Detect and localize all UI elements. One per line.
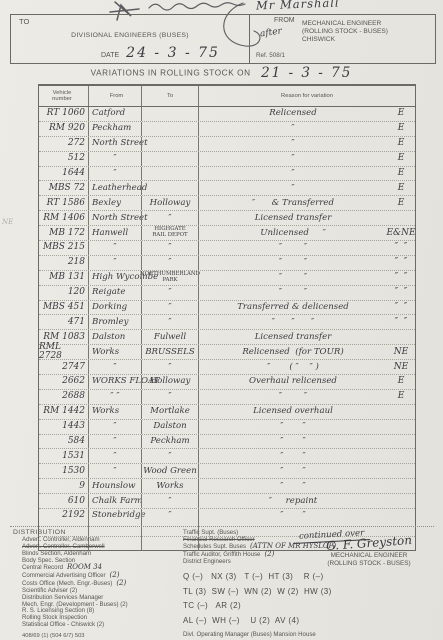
garage-code-line: Q (–) NX (3) T (–) HT (3) R (–) — [183, 570, 332, 585]
vehicle-cell: RT 1060 — [39, 107, 88, 121]
reason-value: Unlicensed ″ — [260, 229, 326, 238]
vehicle-cell: 1443 — [39, 420, 88, 434]
from-cell: ″ — [88, 449, 141, 463]
reason-value: Overhaul relicensed — [249, 377, 337, 386]
vehicle-cell: MBS 215 — [39, 241, 88, 255]
marks-cell — [387, 464, 415, 478]
table-row: RT 1060CatfordRelicensedE — [39, 107, 415, 122]
reason-value: ″ ″ — [279, 258, 307, 267]
reason-value: ″ ″ — [279, 288, 307, 297]
reason-cell: Relicensed — [198, 107, 387, 121]
to-cell — [141, 152, 198, 166]
to-value: ″ — [168, 511, 171, 520]
vehicle-cell: 1531 — [39, 449, 88, 463]
marks-value: ″ ″ — [395, 303, 407, 312]
to-value: ″ — [168, 392, 171, 401]
marks-value: E — [398, 184, 405, 193]
signatory-title-1: MECHANICAL ENGINEER — [302, 552, 436, 560]
reason-value: ″ ″ — [280, 467, 306, 476]
vehicle-cell: 610 — [39, 494, 88, 508]
reason-cell: Relicensed (for TOUR) — [198, 345, 387, 359]
vehicle-value: 1530 — [62, 467, 85, 476]
to-label: TO — [19, 17, 29, 26]
reason-value: ″ ″ — [279, 243, 307, 252]
from-cell: ″ — [88, 464, 141, 478]
from-cell: Bexley — [88, 196, 141, 210]
marks-cell — [387, 435, 415, 449]
from-cell: ″ — [88, 435, 141, 449]
vehicle-cell: 471 — [39, 315, 88, 329]
to-value: ″ — [168, 258, 171, 267]
header-to: To — [141, 86, 198, 106]
vehicle-value: RM 1442 — [43, 407, 85, 416]
reason-cell: ″ ″ — [198, 509, 387, 523]
marks-cell: E — [387, 107, 415, 121]
reason-cell: ″ ″ — [198, 449, 387, 463]
marks-value: E — [398, 169, 405, 178]
reason-cell: ″ & Transferred — [198, 196, 387, 210]
marks-cell: ″ ″ — [387, 301, 415, 315]
reason-cell: ″ — [198, 122, 387, 136]
to-value: DIVISIONAL ENGINEERS (BUSES) — [11, 32, 249, 39]
from-value: Reigate — [92, 288, 125, 297]
table-row: 1443″Dalston″ ″ — [39, 420, 415, 435]
to-cell: ″ — [141, 315, 198, 329]
vehicle-value: 2747 — [62, 363, 85, 372]
to-value: ″ — [168, 288, 171, 297]
vehicle-value: MBS 215 — [43, 243, 85, 252]
reason-cell: ″ — [198, 181, 387, 195]
list-item-text: Traffic Supt. (Buses) — [183, 529, 238, 536]
to-cell: Dalston — [141, 420, 198, 434]
reason-cell: ″ ″ — [198, 435, 387, 449]
from-cell: ″ ″ — [88, 390, 141, 404]
reason-value: ″ ″ — [280, 452, 306, 461]
from-value: ″ — [113, 154, 116, 163]
marks-cell: E — [387, 167, 415, 181]
from-cell: ″ — [88, 241, 141, 255]
table-row: 471Bromley″″ ″ ″″ ″ — [39, 315, 415, 330]
after-annotation: after — [259, 27, 282, 40]
from-value: ″ — [113, 169, 116, 178]
to-cell: ″ — [141, 286, 198, 300]
reason-cell: ″ ″ ″ — [198, 315, 387, 329]
table-row: 9HounslowWorks″ ″ — [39, 479, 415, 494]
table-row: RM 1442WorksMortlakeLicensed overhaul — [39, 405, 415, 420]
garage-code-line: AL (–) WH (–) U (2) AV (4) — [183, 614, 332, 629]
table-row: RM 920Peckham″E — [39, 122, 415, 137]
reason-value: ″ ″ — [280, 422, 306, 431]
reason-value: ″ — [291, 169, 294, 178]
to-cell: NORTHUMBERLAND PARK — [141, 271, 198, 285]
table-row: 1644″″E — [39, 167, 415, 182]
vehicle-cell: 584 — [39, 435, 88, 449]
table-row: MBS 72Leatherhead″E — [39, 181, 415, 196]
vehicle-cell: 9 — [39, 479, 88, 493]
to-cell: Peckham — [141, 435, 198, 449]
reason-cell: ″ ″ — [198, 241, 387, 255]
marks-cell: E — [387, 137, 415, 151]
vehicle-value: MBS 72 — [49, 184, 85, 193]
marks-cell: E — [387, 122, 415, 136]
signature-block: G. F. Greyston MECHANICAL ENGINEER (ROLL… — [302, 534, 436, 567]
header-box: TO DIVISIONAL ENGINEERS (BUSES) DATE 24 … — [10, 14, 436, 64]
marks-cell: E — [387, 390, 415, 404]
marks-value: ″ ″ — [395, 288, 407, 297]
from-value: Hanwell — [92, 229, 128, 238]
marks-cell: ″ ″ — [387, 256, 415, 270]
vehicle-cell: 2688 — [39, 390, 88, 404]
from-cell: Peckham — [88, 122, 141, 136]
reason-value: ″ & Transferred — [252, 199, 334, 208]
from-value: ″ — [113, 363, 116, 372]
to-cell: ″ — [141, 256, 198, 270]
reason-cell: Transferred & delicensed — [198, 301, 387, 315]
to-cell: Wood Green — [141, 464, 198, 478]
signatory-title-2: (ROLLING STOCK - BUSES) — [302, 560, 436, 568]
reason-value: ″ ″ — [280, 482, 306, 491]
marks-value: E — [398, 109, 405, 118]
reason-value: ″ — [291, 124, 294, 133]
title-text: VARIATIONS IN ROLLING STOCK ON — [91, 68, 251, 77]
to-cell: ″ — [141, 509, 198, 523]
from-cell: Dorking — [88, 301, 141, 315]
to-cell — [141, 107, 198, 121]
from-value: Bexley — [92, 199, 121, 208]
vehicle-cell: RML 2728 — [39, 345, 88, 359]
vehicle-value: 584 — [68, 437, 85, 446]
reason-value: Transferred & delicensed — [237, 303, 349, 312]
reason-cell: ″ ″ — [198, 286, 387, 300]
garage-code-line: TC (–) AR (2) — [183, 599, 332, 614]
from-value: Peckham — [92, 124, 131, 133]
vehicle-value: RM 1406 — [43, 214, 85, 223]
vehicle-cell: MBS 72 — [39, 181, 88, 195]
list-item-text: Central Record — [22, 564, 63, 571]
from-cell: Leatherhead — [88, 181, 141, 195]
list-item-text: Traffic Auditor, Griffith House — [183, 551, 260, 558]
garage-code-line: TL (3) SW (–) WN (2) W (2) HW (3) — [183, 585, 332, 600]
reason-value: Relicensed (for TOUR) — [242, 348, 343, 357]
vehicle-value: 1644 — [62, 169, 85, 178]
reason-value: ″ ″ ″ — [272, 318, 314, 327]
vehicle-cell: 512 — [39, 152, 88, 166]
from-value: ″ — [113, 452, 116, 461]
memo-document: Mr Marshall TO DIVISIONAL ENGINEERS (BUS… — [0, 0, 443, 640]
vehicle-value: 9 — [79, 482, 85, 491]
to-cell: Works — [141, 479, 198, 493]
signature: G. F. Greyston — [326, 533, 413, 553]
to-cell: ″ — [141, 390, 198, 404]
vehicle-cell: 1644 — [39, 167, 88, 181]
to-value: Holloway — [150, 377, 191, 386]
header-from: From — [88, 86, 141, 106]
list-item-text: District Engineers — [183, 558, 231, 565]
date-label: DATE — [101, 52, 119, 59]
table-row: MB 172HanwellHIGHGATE RAIL DEPOTUnlicens… — [39, 226, 415, 241]
vehicle-value: RT 1586 — [47, 199, 85, 208]
to-cell: Holloway — [141, 196, 198, 210]
to-cell: ″ — [141, 241, 198, 255]
reason-cell: ″ ″ — [198, 464, 387, 478]
marks-value: E — [398, 377, 405, 386]
to-cell: HIGHGATE RAIL DEPOT — [141, 226, 198, 240]
vehicle-value: 1531 — [62, 452, 85, 461]
vehicle-value: RT 1060 — [47, 109, 85, 118]
to-value: HIGHGATE RAIL DEPOT — [152, 227, 187, 238]
to-value: Mortlake — [150, 407, 190, 416]
list-item: Commercial Advertising Officer(2) — [22, 572, 184, 580]
reason-cell: Licensed transfer — [198, 330, 387, 344]
table-row: 584″Peckham″ ″ — [39, 435, 415, 450]
reason-value: ″ ( ″ ″ ) — [267, 363, 319, 372]
reason-value: Licensed transfer — [255, 333, 332, 342]
from-cell: Works — [88, 405, 141, 419]
to-value: NORTHUMBERLAND PARK — [140, 272, 200, 283]
page-title: VARIATIONS IN ROLLING STOCK ON 21 - 3 - … — [0, 64, 443, 82]
from-section: FROM after MECHANICAL ENGINEER (ROLLING … — [249, 15, 435, 63]
marks-value: E — [398, 199, 405, 208]
table-row: 512″″E — [39, 152, 415, 167]
to-value: ″ — [168, 363, 171, 372]
vehicle-cell: RM 1406 — [39, 211, 88, 225]
to-value: BRUSSELS — [145, 348, 195, 357]
title-date: 21 - 3 - 75 — [261, 65, 352, 81]
marks-value: ″ ″ — [395, 258, 407, 267]
marks-cell: ″ ″ — [387, 315, 415, 329]
vehicle-value: 2688 — [62, 392, 85, 401]
vehicle-cell: 2662 — [39, 375, 88, 389]
top-annotation: Mr Marshall — [256, 0, 340, 12]
vehicle-cell: 2747 — [39, 360, 88, 374]
from-line2: (ROLLING STOCK - BUSES) — [302, 28, 388, 36]
distribution-title: DISTRIBUTION — [13, 529, 66, 536]
to-value: Fulwell — [154, 333, 186, 342]
marks-cell — [387, 211, 415, 225]
table-body: RT 1060CatfordRelicensedERM 920Peckham″E… — [39, 107, 415, 523]
from-value: North Street — [92, 139, 148, 148]
to-value: ″ — [168, 497, 171, 506]
marks-cell: E — [387, 196, 415, 210]
marks-value: NE — [394, 363, 408, 372]
marks-value: E — [398, 392, 405, 401]
to-cell: ″ — [141, 360, 198, 374]
to-cell — [141, 167, 198, 181]
bottom-distribution-line: Divl. Operating Manager (Buses) Mansion … — [183, 631, 316, 638]
marks-value: E — [398, 154, 405, 163]
marks-cell — [387, 509, 415, 523]
from-value: Stonebridge — [92, 511, 146, 520]
vehicle-value: 2662 — [62, 377, 85, 386]
reason-value: ″ ″ — [280, 511, 306, 520]
reason-cell: ″ — [198, 137, 387, 151]
from-cell: Works — [88, 345, 141, 359]
marks-cell: ″ ″ — [387, 286, 415, 300]
from-value: ″ — [113, 437, 116, 446]
to-cell — [141, 181, 198, 195]
vehicle-value: MB 131 — [49, 273, 85, 282]
to-value: ″ — [168, 214, 171, 223]
from-value: ″ — [113, 243, 116, 252]
marks-cell — [387, 405, 415, 419]
footer-divider — [10, 526, 434, 527]
reason-value: Licensed transfer — [255, 214, 332, 223]
reason-cell: ″ ″ — [198, 479, 387, 493]
table-row: 2192Stonebridge″″ ″ — [39, 509, 415, 523]
from-line1: MECHANICAL ENGINEER — [302, 20, 388, 28]
vehicle-value: 512 — [68, 154, 85, 163]
from-cell: ″ — [88, 167, 141, 181]
to-cell: ″ — [141, 211, 198, 225]
to-section: TO DIVISIONAL ENGINEERS (BUSES) DATE 24 … — [11, 15, 249, 63]
from-value: ″ — [113, 258, 116, 267]
marks-value: ″ ″ — [395, 318, 407, 327]
vehicle-value: MBS 451 — [43, 303, 85, 312]
to-value: Dalston — [153, 422, 186, 431]
handwritten-note: ROOM 34 — [67, 563, 102, 571]
marks-cell: NE — [387, 345, 415, 359]
vehicle-value: RML 2728 — [39, 343, 85, 361]
from-cell: Catford — [88, 107, 141, 121]
table-row: MBS 451Dorking″Transferred & delicensed″… — [39, 301, 415, 316]
marks-value: E — [398, 139, 405, 148]
marks-value: NE — [394, 348, 408, 357]
marks-value: ″ ″ — [395, 243, 407, 252]
rolling-stock-table: Vehicle number From To Reason for variat… — [38, 84, 416, 551]
vehicle-value: 1443 — [62, 422, 85, 431]
to-cell: Fulwell — [141, 330, 198, 344]
vehicle-value: 471 — [68, 318, 85, 327]
marks-cell: ″ ″ — [387, 271, 415, 285]
from-value: Works — [92, 348, 119, 357]
from-cell: Hounslow — [88, 479, 141, 493]
reason-value: Licensed overhaul — [253, 407, 333, 416]
vehicle-cell: MB 172 — [39, 226, 88, 240]
margin-annotation: NE — [2, 218, 13, 226]
marks-cell: E — [387, 152, 415, 166]
to-value: ″ — [168, 452, 171, 461]
from-value: Chalk Farm — [92, 497, 143, 506]
table-row: 2747″″″ ( ″ ″ )NE — [39, 360, 415, 375]
from-value: Leatherhead — [92, 184, 147, 193]
reason-cell: ″ ″ — [198, 256, 387, 270]
reason-cell: Licensed transfer — [198, 211, 387, 225]
to-cell — [141, 122, 198, 136]
form-reference-footnote: 408/69 (1) (504 6/7) 503 — [22, 633, 85, 639]
to-value: ″ — [168, 243, 171, 252]
from-cell: ″ — [88, 360, 141, 374]
reason-cell: ″ — [198, 167, 387, 181]
table-header: Vehicle number From To Reason for variat… — [39, 86, 415, 107]
reason-value: Relicensed — [269, 109, 316, 118]
from-label: FROM — [274, 17, 295, 24]
reason-cell: ″ repaint — [198, 494, 387, 508]
vehicle-cell: MBS 451 — [39, 301, 88, 315]
table-row: RM 1406North Street″Licensed transfer — [39, 211, 415, 226]
from-cell: Reigate — [88, 286, 141, 300]
table-row: RT 1586BexleyHolloway″ & TransferredE — [39, 196, 415, 211]
table-row: MBS 215″″″ ″″ ″ — [39, 241, 415, 256]
vehicle-cell: 120 — [39, 286, 88, 300]
reason-cell: ″ ″ — [198, 390, 387, 404]
from-value: Catford — [92, 109, 125, 118]
vehicle-value: 272 — [68, 139, 85, 148]
table-row: RM 1083DalstonFulwellLicensed transfer — [39, 330, 415, 345]
marks-cell: NE — [387, 360, 415, 374]
marks-cell — [387, 494, 415, 508]
handwritten-note: (2) — [110, 571, 120, 579]
from-cell: WORKS FLOAT — [88, 375, 141, 389]
marks-cell: E — [387, 181, 415, 195]
vehicle-cell: RT 1586 — [39, 196, 88, 210]
table-row: RML 2728WorksBRUSSELSRelicensed (for TOU… — [39, 345, 415, 360]
table-row: 1531″″″ ″ — [39, 449, 415, 464]
vehicle-cell: 218 — [39, 256, 88, 270]
to-cell: ″ — [141, 494, 198, 508]
vehicle-value: 610 — [68, 497, 85, 506]
to-value: Holloway — [150, 199, 191, 208]
marks-cell: ″ ″ — [387, 241, 415, 255]
reason-cell: ″ ( ″ ″ ) — [198, 360, 387, 374]
vehicle-value: 218 — [68, 258, 85, 267]
marks-value: E&NE — [386, 229, 415, 238]
from-cell: High Wycombe — [88, 271, 141, 285]
reason-cell: Unlicensed ″ — [198, 226, 387, 240]
to-cell: Holloway — [141, 375, 198, 389]
from-value: ″ — [113, 467, 116, 476]
list-item-text: Commercial Advertising Officer — [22, 572, 106, 579]
to-value: Works — [156, 482, 183, 491]
reason-cell: ″ ″ — [198, 420, 387, 434]
table-row: 120Reigate″″ ″″ ″ — [39, 286, 415, 301]
marks-cell — [387, 330, 415, 344]
vehicle-cell: 2192 — [39, 509, 88, 523]
table-row: 218″″″ ″″ ″ — [39, 256, 415, 271]
vehicle-value: 120 — [68, 288, 85, 297]
from-cell: Bromley — [88, 315, 141, 329]
header-vehicle: Vehicle number — [39, 86, 88, 106]
marks-cell — [387, 479, 415, 493]
vehicle-cell: RM 1442 — [39, 405, 88, 419]
reason-value: ″ ″ — [279, 392, 307, 401]
reason-value: ″ — [291, 139, 294, 148]
date-value: 24 - 3 - 75 — [126, 45, 220, 61]
from-value: ″ — [113, 422, 116, 431]
marks-cell — [387, 449, 415, 463]
marks-cell: E — [387, 375, 415, 389]
from-value: Dorking — [92, 303, 127, 312]
table-row: 1530″Wood Green″ ″ — [39, 464, 415, 479]
from-cell: Dalston — [88, 330, 141, 344]
marks-cell: E&NE — [387, 226, 415, 240]
vehicle-cell: MB 131 — [39, 271, 88, 285]
table-row: 272North Street″E — [39, 137, 415, 152]
reason-value: ″ ″ — [279, 273, 307, 282]
to-value: ″ — [168, 303, 171, 312]
to-cell: Mortlake — [141, 405, 198, 419]
handwritten-note: (2) — [264, 550, 274, 558]
marks-cell — [387, 420, 415, 434]
vehicle-value: MB 172 — [49, 229, 85, 238]
to-cell: ″ — [141, 449, 198, 463]
list-item-text: Schedules Supt. Buses — [183, 543, 246, 550]
from-cell: North Street — [88, 137, 141, 151]
to-cell — [141, 137, 198, 151]
reason-cell: Overhaul relicensed — [198, 375, 387, 389]
from-value: Works — [92, 407, 119, 416]
date-row: DATE 24 - 3 - 75 — [101, 45, 220, 61]
vehicle-value: 2192 — [62, 511, 85, 520]
